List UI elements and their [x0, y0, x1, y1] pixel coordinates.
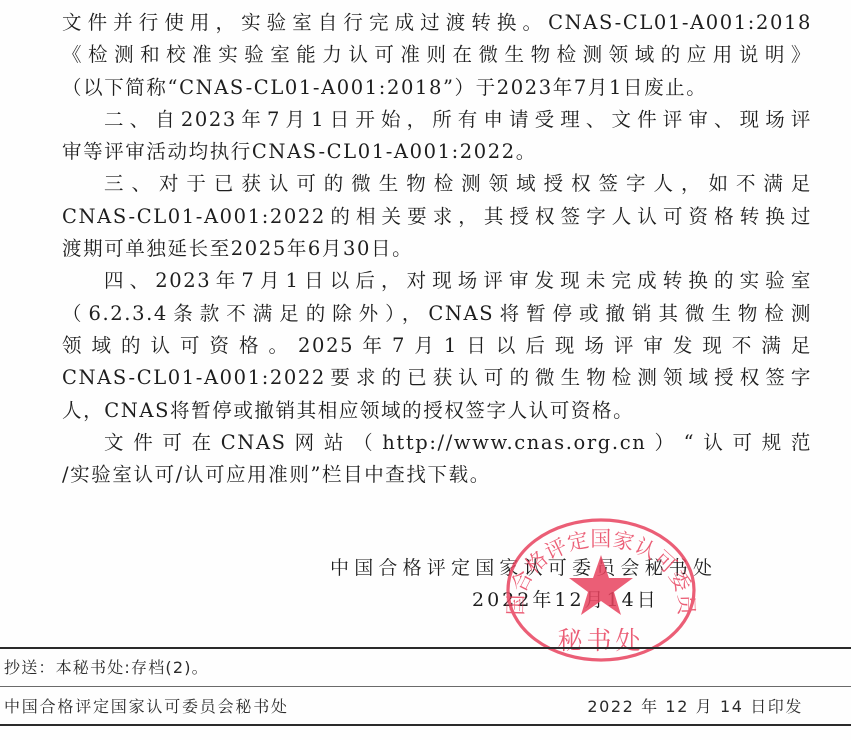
divider-middle [0, 686, 851, 687]
signature-date: 2022年12月14日 [330, 584, 717, 616]
body-line: CNAS-CL01-A001:2022要求的已获认可的微生物检测领域授权签字 [62, 362, 812, 394]
divider-top [0, 647, 851, 649]
body-line: 审等评审活动均执行CNAS-CL01-A001:2022。 [62, 136, 812, 168]
document-body: 文件并行使用，实验室自行完成过渡转换。CNAS-CL01-A001:2018 《… [62, 7, 812, 491]
signature-block: 中国合格评定国家认可委员会秘书处 2022年12月14日 [330, 552, 717, 616]
body-line: 二、自2023年7月1日开始，所有申请受理、文件评审、现场评 [62, 104, 812, 136]
body-line: 文件并行使用，实验室自行完成过渡转换。CNAS-CL01-A001:2018 [62, 7, 812, 39]
body-line: CNAS-CL01-A001:2022的相关要求，其授权签字人认可资格转换过 [62, 201, 812, 233]
body-line: （6.2.3.4条款不满足的除外），CNAS将暂停或撤销其微生物检测 [62, 298, 812, 330]
document-page: 文件并行使用，实验室自行完成过渡转换。CNAS-CL01-A001:2018 《… [0, 0, 851, 740]
signature-organization: 中国合格评定国家认可委员会秘书处 [330, 552, 717, 584]
body-line: /实验室认可/认可应用准则”栏目中查找下载。 [62, 459, 812, 491]
footer-issuer: 中国合格评定国家认可委员会秘书处 [4, 690, 289, 724]
body-line: 渡期可单独延长至2025年6月30日。 [62, 233, 812, 265]
body-line: 文件可在CNAS网站（http://www.cnas.org.cn）“认可规范 [62, 427, 812, 459]
body-line: 领域的认可资格。2025年7月1日以后现场评审发现不满足 [62, 330, 812, 362]
body-line: 《检测和校准实验室能力认可准则在微生物检测领域的应用说明》 [62, 39, 812, 71]
body-line: （以下简称“CNAS-CL01-A001:2018”）于2023年7月1日废止。 [62, 72, 812, 104]
stamp-bottom-text: 秘书处 [557, 626, 644, 655]
body-line: 四、2023年7月1日以后，对现场评审发现未完成转换的实验室 [62, 265, 812, 297]
footer-issue-date: 2022 年 12 月 14 日印发 [587, 690, 803, 724]
body-line: 三、对于已获认可的微生物检测领域授权签字人，如不满足 [62, 168, 812, 200]
divider-bottom [0, 724, 851, 726]
body-line: 人，CNAS将暂停或撤销其相应领域的授权签字人认可资格。 [62, 395, 812, 427]
cc-distribution: 抄送：本秘书处:存档(2)。 [4, 651, 209, 685]
